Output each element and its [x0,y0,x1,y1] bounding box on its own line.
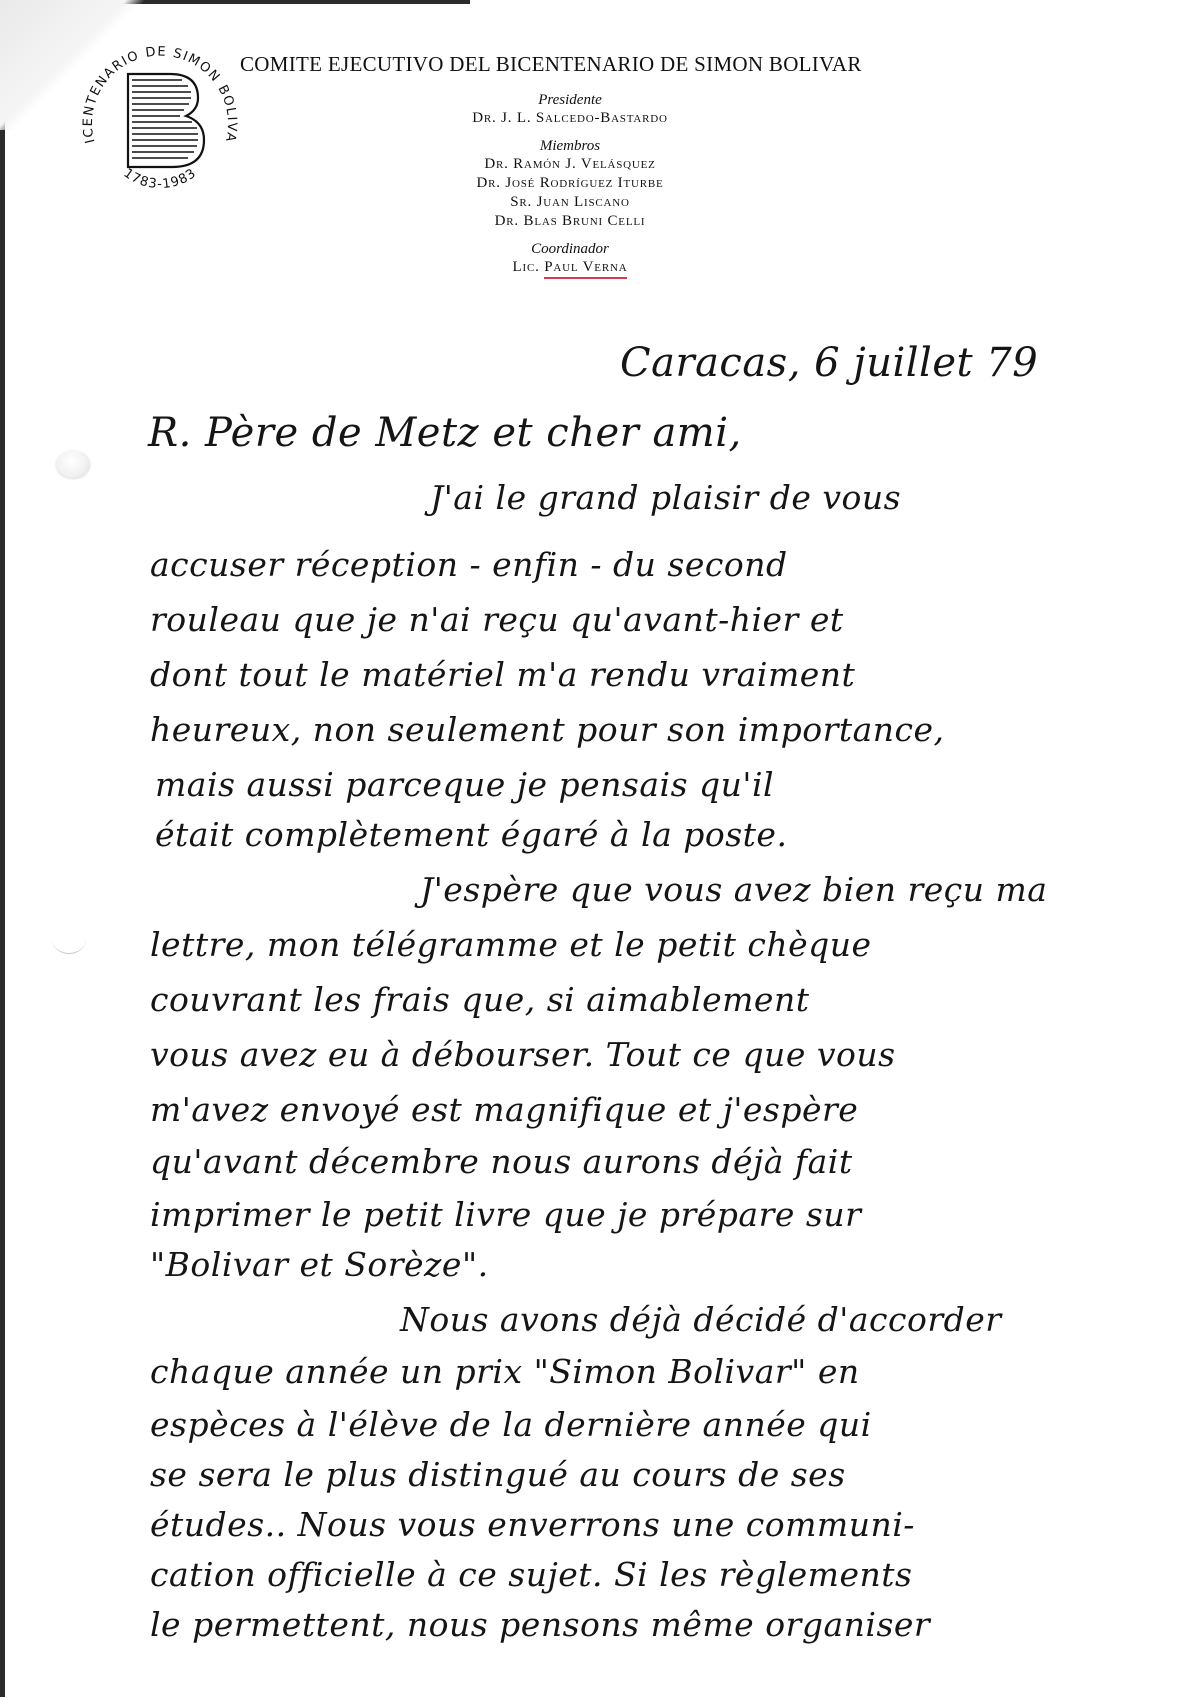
letter-line: imprimer le petit livre que je prépare s… [150,1195,861,1234]
punch-hole-top [56,450,90,478]
letter-line: vous avez eu à débourser. Tout ce que vo… [150,1035,896,1074]
scan-left-edge [0,0,5,1697]
letter-line: mais aussi parceque je pensais qu'il [155,765,774,804]
role-label-coordinador: Coordinador [440,241,700,258]
letter-line: espèces à l'élève de la dernière année q… [150,1405,872,1444]
coordinator-prefix: Lic. [513,259,540,275]
svg-text:1783-1983: 1783-1983 [121,166,200,192]
letter-line: était complètement égaré à la poste. [155,815,787,854]
salutation: R. Père de Metz et cher ami, [148,410,742,456]
letter-line: heureux, non seulement pour son importan… [150,710,945,749]
letter-line: J'ai le grand plaisir de vous [430,478,901,517]
member-name: Dr. J. L. Salcedo-Bastardo [440,109,700,128]
letter-line: lettre, mon télégramme et le petit chèqu… [150,925,872,964]
letter-line: chaque année un prix "Simon Bolivar" en [150,1352,860,1391]
committee-title: COMITE EJECUTIVO DEL BICENTENARIO DE SIM… [240,52,960,77]
letter-line: le permettent, nous pensons même organis… [150,1605,930,1644]
role-label-presidente: Presidente [440,92,700,109]
coordinator-name-underlined: Paul Verna [544,259,627,279]
member-name: Dr. José Rodríguez Iturbe [440,174,700,193]
role-label-miembros: Miembros [440,138,700,155]
letter-line: qu'avant décembre nous aurons déjà fait [150,1142,853,1181]
punch-hole-bottom [52,925,86,954]
coordinator-name: Lic. Paul Verna [440,258,700,277]
member-name: Dr. Ramón J. Velásquez [440,155,700,174]
letter-line: couvrant les frais que, si aimablement [150,980,809,1019]
place-date: Caracas, 6 juillet 79 [620,340,1038,386]
svg-text:BICENTENARIO DE SIMON BOLIVAR: BICENTENARIO DE SIMON BOLIVAR [70,22,239,145]
seal-b-monogram-icon: BICENTENARIO DE SIMON BOLIVAR 1783-1983 [70,22,250,202]
letter-line: Nous avons déjà décidé d'accorder [400,1300,1002,1339]
letter-line: accuser réception - enfin - du second [150,545,788,584]
letter-line: "Bolivar et Sorèze". [150,1245,489,1284]
bicentenary-seal: BICENTENARIO DE SIMON BOLIVAR 1783-1983 [70,22,250,202]
letter-line: études.. Nous vous enverrons une communi… [150,1505,915,1544]
letter-line: dont tout le matériel m'a rendu vraiment [150,655,855,694]
letter-line: cation officielle à ce sujet. Si les règ… [150,1555,912,1594]
letter-line: J'espère que vous avez bien reçu ma [420,870,1047,909]
member-name: Sr. Juan Liscano [440,193,700,212]
letter-line: rouleau que je n'ai reçu qu'avant-hier e… [150,600,844,639]
letter-line: se sera le plus distingué au cours de se… [150,1455,846,1494]
member-name: Dr. Blas Bruni Celli [440,212,700,231]
committee-roster: Presidente Dr. J. L. Salcedo-Bastardo Mi… [440,92,700,277]
letter-line: m'avez envoyé est magnifique et j'espère [150,1090,858,1129]
